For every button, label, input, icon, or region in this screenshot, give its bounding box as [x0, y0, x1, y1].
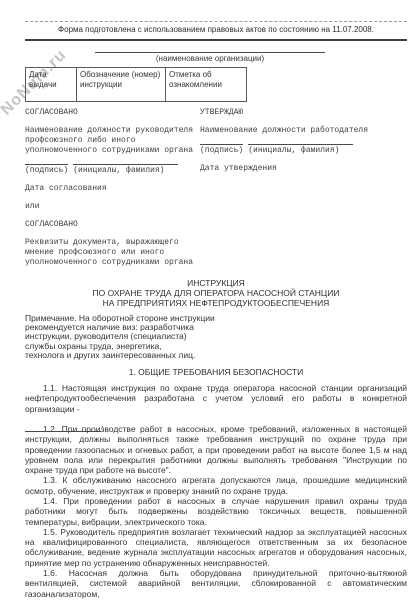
- section-1-body: 1.1. Настоящая инструкция по охране труд…: [25, 383, 407, 599]
- issue-table-cell-number: Обозначение (номер) инструкции: [77, 68, 166, 102]
- approve-column: УТВЕРЖДАЮ Наименование должности работод…: [200, 108, 400, 276]
- agreed-signature-row: (подпись)(инициалы, фамилия): [25, 164, 200, 176]
- blank-underline: [25, 422, 101, 432]
- paragraph-1-3: 1.3. К обслуживанию насосного агрегата д…: [25, 475, 407, 496]
- name-caption: (инициалы, фамилия): [73, 164, 178, 176]
- note-block: Примечание. На оборотной стороне инструк…: [25, 314, 407, 360]
- paragraph-1-5: 1.5. Руководитель предприятия возлагает …: [25, 527, 407, 568]
- document-page: Форма подготовлена с использованием прав…: [0, 0, 420, 600]
- agreed-position-text: Наименование должности руководителя проф…: [25, 126, 200, 156]
- title-line-3: НА ПРЕДПРИЯТИЯХ НЕФТЕПРОДУКТООБЕСПЕЧЕНИЯ: [25, 298, 407, 308]
- approval-date-label: Дата утверждения: [200, 164, 400, 174]
- title-line-1: ИНСТРУКЦИЯ: [25, 278, 407, 288]
- union-document-requisites-text: Реквизиты документа, выражающего мнение …: [25, 238, 200, 268]
- paragraph-1-4: 1.4. При проведении работ в насосных в с…: [25, 496, 407, 527]
- issue-table-cell-date: Дата выдачи: [26, 68, 77, 102]
- paragraph-1-1: 1.1. Настоящая инструкция по охране труд…: [25, 383, 407, 414]
- signature-caption: (подпись): [200, 144, 243, 156]
- issue-table-cell-ack: Отметка об ознакомлении: [166, 68, 247, 102]
- agreement-date-label: Дата согласования: [25, 184, 200, 194]
- title-line-2: ПО ОХРАНЕ ТРУДА ДЛЯ ОПЕРАТОРА НАСОСНОЙ С…: [25, 288, 407, 298]
- issue-table: Дата выдачи Обозначение (номер) инструкц…: [25, 67, 247, 102]
- agreed-column: СОГЛАСОВАНО Наименование должности руков…: [25, 108, 200, 276]
- approve-label: УТВЕРЖДАЮ: [200, 108, 400, 118]
- approve-signature-row: (подпись)(инициалы, фамилия): [200, 144, 400, 156]
- table-row: Дата выдачи Обозначение (номер) инструкц…: [26, 68, 247, 102]
- paragraph-1-6: 1.6. Насосная должна быть оборудована пр…: [25, 568, 407, 599]
- approval-block: СОГЛАСОВАНО Наименование должности руков…: [25, 108, 407, 276]
- organization-name-caption: (наименование организации): [95, 54, 325, 63]
- organization-fill-in-blank: .: [25, 414, 407, 424]
- section-1-heading: 1. ОБЩИЕ ТРЕБОВАНИЯ БЕЗОПАСНОСТИ: [25, 367, 407, 377]
- form-preparation-notice: Форма подготовлена с использованием прав…: [25, 21, 407, 41]
- note-line: технолога и других заинтересованных лиц.: [25, 351, 407, 360]
- blank-suffix: .: [101, 419, 103, 429]
- employer-position-text: Наименование должности работодателя: [200, 126, 400, 136]
- or-label: или: [25, 202, 200, 212]
- signature-caption: (подпись): [25, 164, 68, 176]
- agreed-label: СОГЛАСОВАНО: [25, 108, 200, 118]
- document-title: ИНСТРУКЦИЯ ПО ОХРАНЕ ТРУДА ДЛЯ ОПЕРАТОРА…: [25, 278, 407, 308]
- name-caption: (инициалы, фамилия): [248, 144, 353, 156]
- organization-name-blank-line: [95, 51, 325, 53]
- agreed-label-2: СОГЛАСОВАНО: [25, 220, 200, 230]
